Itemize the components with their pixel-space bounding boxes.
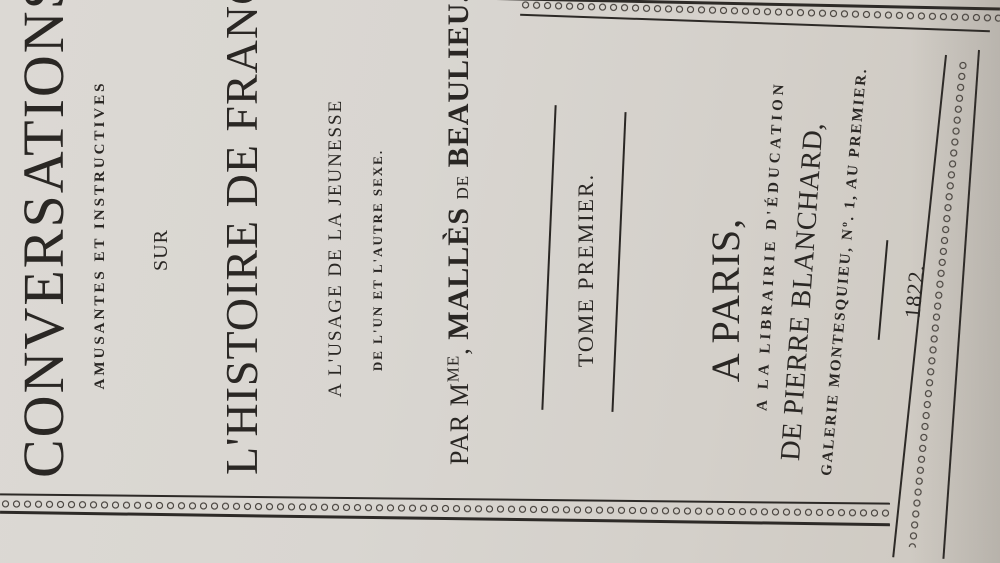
divider-rule bbox=[611, 112, 626, 412]
divider-rule bbox=[541, 105, 556, 410]
author-title-sup: ME bbox=[443, 355, 462, 383]
subtitle-amusantes: AMUSANTES ET INSTRUCTIVES bbox=[92, 65, 109, 405]
author-particle: DE bbox=[453, 175, 472, 200]
author-prefix: PAR M bbox=[445, 382, 474, 465]
divider-rule bbox=[878, 240, 889, 340]
imprint-city: A PARIS, bbox=[702, 200, 749, 400]
audience-line-1: A L'USAGE DE LA JEUNESSE bbox=[325, 78, 347, 418]
author-surname: BEAULIEU. bbox=[442, 0, 475, 167]
author-line: PAR MME, MALLÈS DE BEAULIEU. bbox=[442, 25, 476, 465]
subtitle-sur: SUR bbox=[150, 210, 173, 290]
title-page: CONVERSATIONS AMUSANTES ET INSTRUCTIVES … bbox=[0, 0, 1000, 563]
imprint-address: GALERIE MONTESQUIEU, Nº. 1, AU PREMIER. bbox=[817, 47, 873, 497]
book-title: CONVERSATIONS bbox=[10, 0, 77, 478]
page-edge-shadow bbox=[910, 0, 1000, 563]
subtitle-histoire: L'HISTOIRE DE FRANCE bbox=[215, 0, 268, 475]
audience-line-2: DE L'UN ET L'AUTRE SEXE. bbox=[370, 140, 386, 380]
volume-label: TOME PREMIER. bbox=[573, 155, 599, 385]
author-name: MALLÈS bbox=[442, 207, 475, 340]
